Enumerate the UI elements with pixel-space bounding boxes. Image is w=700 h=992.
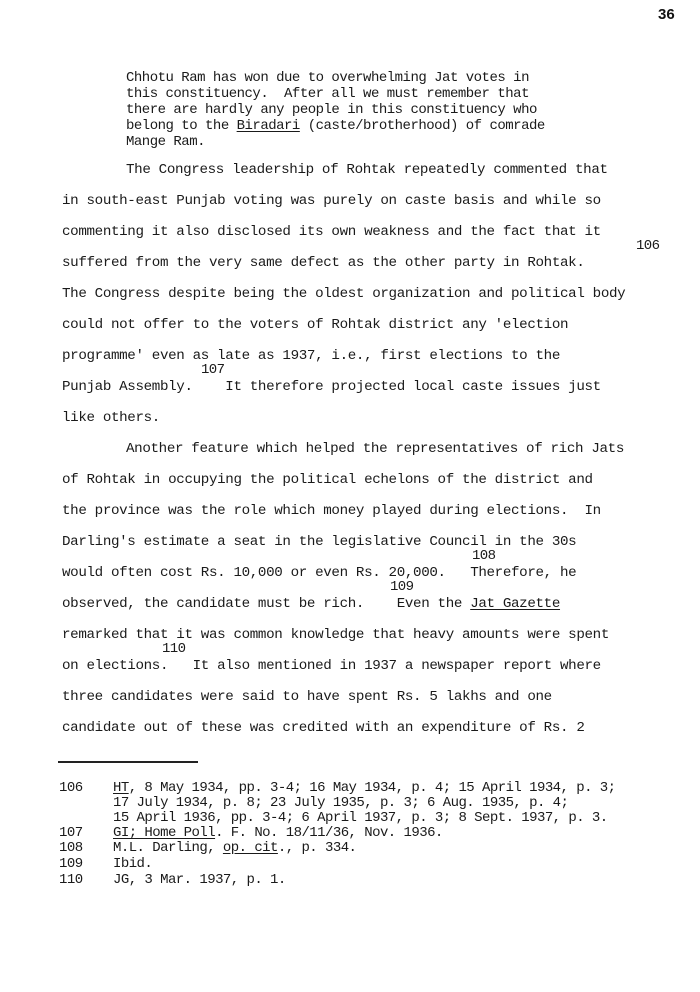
body-line: The Congress leadership of Rohtak repeat…: [126, 162, 608, 178]
quote-text: (caste/brotherhood) of comrade: [300, 118, 545, 134]
emphasis-biradari: Biradari: [237, 118, 300, 134]
body-line: on elections. It also mentioned in 1937 …: [62, 658, 601, 674]
footnote-ref-108[interactable]: 108: [472, 548, 495, 564]
footnote-number: 108: [59, 840, 83, 856]
quote-line: there are hardly any people in this cons…: [126, 102, 537, 118]
body-line: the province was the role which money pl…: [62, 503, 601, 519]
body-line: Darling's estimate a seat in the legisla…: [62, 534, 576, 550]
footnote-ref-106[interactable]: 106: [636, 238, 659, 254]
emphasis-op-cit: op. cit: [223, 840, 278, 856]
footnote-number: 107: [59, 825, 83, 841]
footnote-number: 110: [59, 872, 83, 888]
footnote-text: M.L. Darling, op. cit., p. 334.: [113, 840, 356, 856]
body-line: would often cost Rs. 10,000 or even Rs. …: [62, 565, 576, 581]
emphasis-gi-home-poll: GI; Home Poll: [113, 825, 215, 841]
footnote-ref-107[interactable]: 107: [201, 362, 224, 378]
footnote-text: GI; Home Poll. F. No. 18/11/36, Nov. 193…: [113, 825, 443, 841]
footnote-ref-109[interactable]: 109: [390, 579, 413, 595]
quote-line: Chhotu Ram has won due to overwhelming J…: [126, 70, 529, 86]
quote-line: Mange Ram.: [126, 134, 205, 150]
footnote-text-rest: , 8 May 1934, pp. 3-4; 16 May 1934, p. 4…: [129, 780, 616, 796]
body-line: remarked that it was common knowledge th…: [62, 627, 609, 643]
body-line: Another feature which helped the represe…: [126, 441, 624, 457]
footnote-text-pre: M.L. Darling,: [113, 840, 223, 856]
footnote-number: 106: [59, 780, 83, 796]
footnote-number: 109: [59, 856, 83, 872]
quote-text: belong to the: [126, 118, 237, 134]
body-line: in south-east Punjab voting was purely o…: [62, 193, 601, 209]
footnote-divider: [58, 761, 198, 763]
page-number: 36: [658, 6, 675, 23]
body-line: The Congress despite being the oldest or…: [62, 286, 625, 302]
footnote-text-rest: ., p. 334.: [278, 840, 357, 856]
body-line: like others.: [62, 410, 160, 426]
emphasis-jat-gazette: Jat Gazette: [470, 596, 560, 612]
footnote-text: 15 April 1936, pp. 3-4; 6 April 1937, p.…: [113, 810, 608, 826]
footnote-text: HT, 8 May 1934, pp. 3-4; 16 May 1934, p.…: [113, 780, 616, 796]
body-line: Punjab Assembly. It therefore projected …: [62, 379, 601, 395]
footnote-text: 17 July 1934, p. 8; 23 July 1935, p. 3; …: [113, 795, 568, 811]
quote-line: this constituency. After all we must rem…: [126, 86, 529, 102]
body-line: could not offer to the voters of Rohtak …: [62, 317, 568, 333]
body-line: commenting it also disclosed its own wea…: [62, 224, 601, 240]
emphasis-ht: HT: [113, 780, 129, 796]
body-line: candidate out of these was credited with…: [62, 720, 585, 736]
body-line: of Rohtak in occupying the political ech…: [62, 472, 593, 488]
body-line: observed, the candidate must be rich. Ev…: [62, 596, 560, 612]
footnote-text: Ibid.: [113, 856, 152, 872]
footnote-text: JG, 3 Mar. 1937, p. 1.: [113, 872, 286, 888]
body-line: programme' even as late as 1937, i.e., f…: [62, 348, 560, 364]
body-text: observed, the candidate must be rich. Ev…: [62, 596, 470, 612]
quote-line: belong to the Biradari (caste/brotherhoo…: [126, 118, 545, 134]
footnote-text-rest: . F. No. 18/11/36, Nov. 1936.: [215, 825, 443, 841]
body-line: suffered from the very same defect as th…: [62, 255, 585, 271]
body-line: three candidates were said to have spent…: [62, 689, 552, 705]
footnote-ref-110[interactable]: 110: [162, 641, 185, 657]
